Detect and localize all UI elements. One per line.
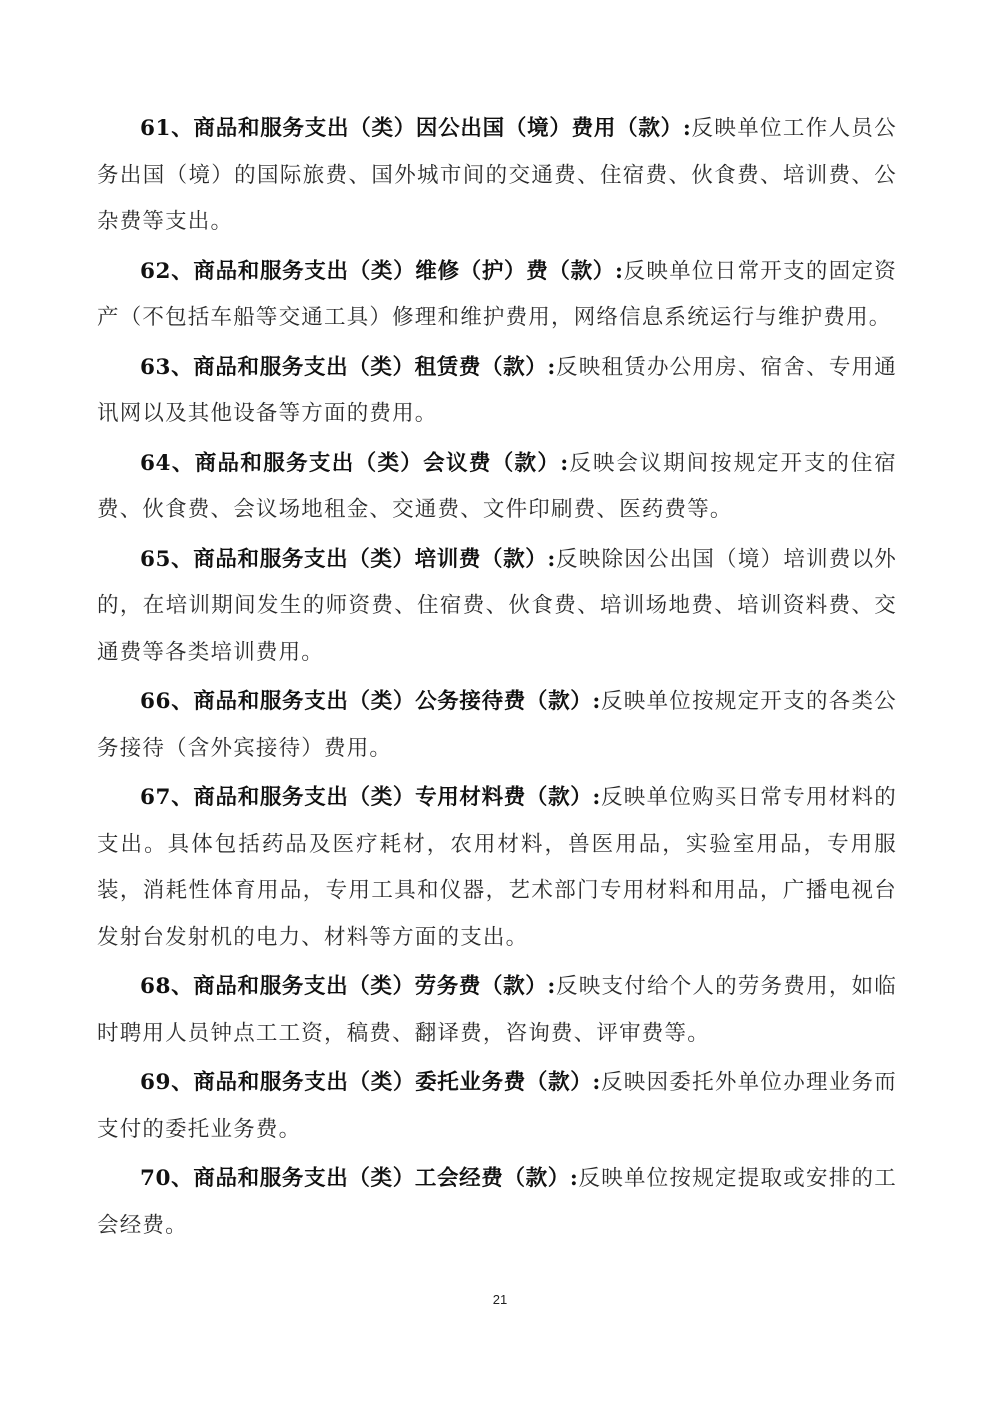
item-65: 65、商品和服务支出（类）培训费（款）:反映除因公出国（境）培训费以外的，在培训… (97, 537, 897, 677)
item-heading: 66、商品和服务支出（类）公务接待费（款）: (140, 689, 601, 714)
item-heading: 64、商品和服务支出（类）会议费（款）: (140, 451, 569, 476)
item-heading: 68、商品和服务支出（类）劳务费（款）: (140, 974, 556, 999)
item-61: 61、商品和服务支出（类）因公出国（境）费用（款）:反映单位工作人员公务出国（境… (97, 106, 897, 246)
item-66: 66、商品和服务支出（类）公务接待费（款）:反映单位按规定开支的各类公务接待（含… (97, 679, 897, 772)
item-68: 68、商品和服务支出（类）劳务费（款）:反映支付给个人的劳务费用，如临时聘用人员… (97, 964, 897, 1057)
page-number: 21 (0, 1292, 1000, 1307)
item-heading: 69、商品和服务支出（类）委托业务费（款）: (140, 1070, 601, 1095)
item-heading: 62、商品和服务支出（类）维修（护）费（款）: (140, 259, 624, 284)
item-heading: 61、商品和服务支出（类）因公出国（境）费用（款）: (140, 116, 691, 141)
item-67: 67、商品和服务支出（类）专用材料费（款）:反映单位购买日常专用材料的支出。具体… (97, 775, 897, 961)
item-heading: 67、商品和服务支出（类）专用材料费（款）: (140, 785, 601, 810)
item-62: 62、商品和服务支出（类）维修（护）费（款）:反映单位日常开支的固定资产（不包括… (97, 249, 897, 342)
item-70: 70、商品和服务支出（类）工会经费（款）:反映单位按规定提取或安排的工会经费。 (97, 1156, 897, 1249)
item-heading: 63、商品和服务支出（类）租赁费（款）: (140, 355, 556, 380)
item-63: 63、商品和服务支出（类）租赁费（款）:反映租赁办公用房、宿舍、专用通讯网以及其… (97, 345, 897, 438)
item-heading: 70、商品和服务支出（类）工会经费（款）: (140, 1166, 578, 1191)
item-69: 69、商品和服务支出（类）委托业务费（款）:反映因委托外单位办理业务而支付的委托… (97, 1060, 897, 1153)
item-heading: 65、商品和服务支出（类）培训费（款）: (140, 547, 556, 572)
item-64: 64、商品和服务支出（类）会议费（款）:反映会议期间按规定开支的住宿费、伙食费、… (97, 441, 897, 534)
document-page: 61、商品和服务支出（类）因公出国（境）费用（款）:反映单位工作人员公务出国（境… (97, 106, 897, 1252)
